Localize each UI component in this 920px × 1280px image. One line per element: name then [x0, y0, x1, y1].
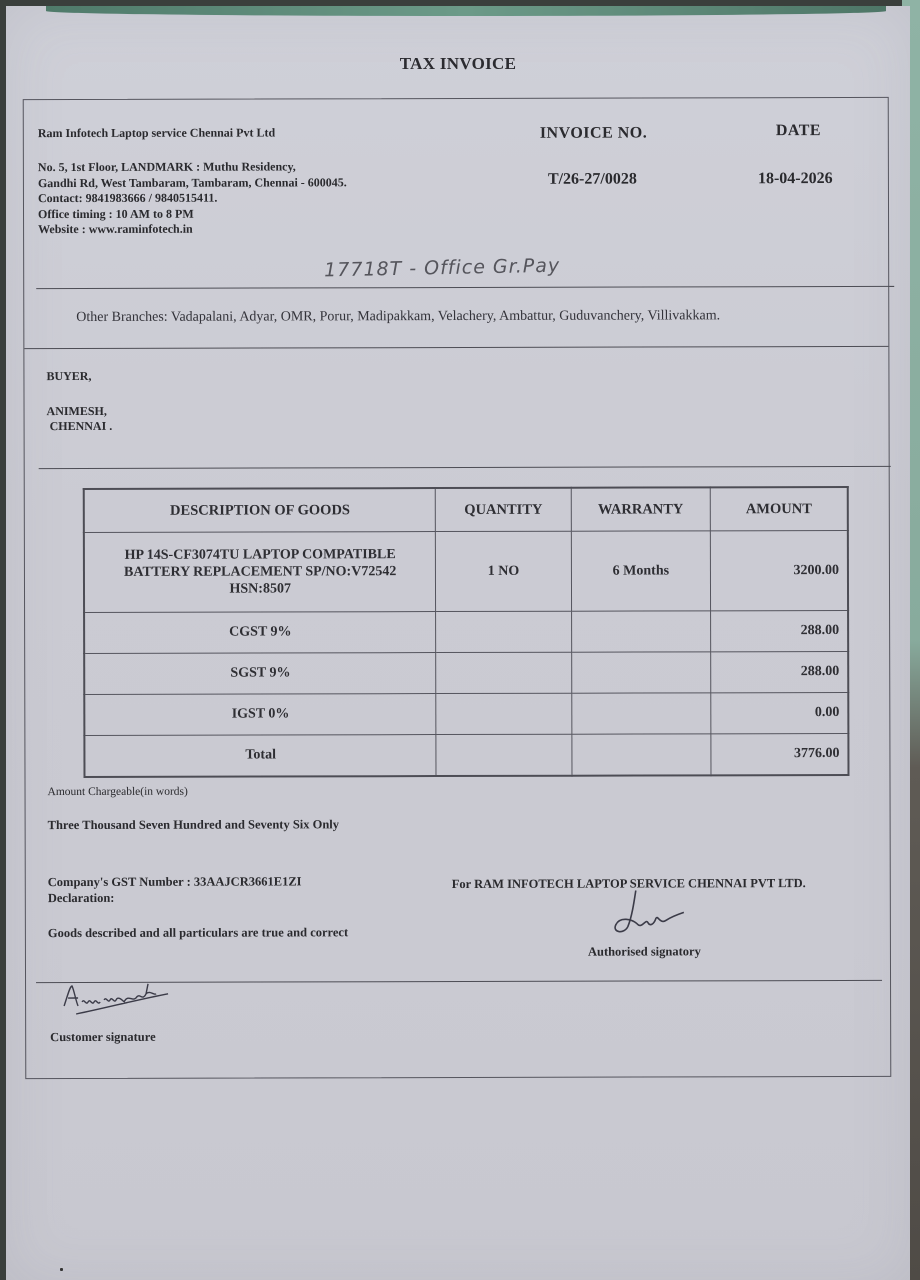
amount-in-words: Three Thousand Seven Hundred and Seventy…: [48, 817, 339, 833]
document-title: TAX INVOICE: [6, 54, 910, 74]
item-amount: 3200.00: [710, 530, 848, 610]
empty-cell: [436, 652, 571, 693]
authorised-signatory-label: Authorised signatory: [588, 944, 701, 959]
invoice-date-label: DATE: [776, 122, 821, 140]
seller-address: No. 5, 1st Floor, LANDMARK : Muthu Resid…: [38, 159, 347, 237]
table-header-row: DESCRIPTION OF GOODS QUANTITY WARRANTY A…: [84, 487, 848, 532]
empty-cell: [572, 734, 711, 776]
divider: [39, 466, 891, 469]
handwritten-note: 17718T - Office Gr.Pay: [324, 255, 560, 282]
table-row-cgst: CGST 9% 288.00: [84, 610, 848, 653]
buyer-name: ANIMESH,: [47, 404, 113, 419]
buyer-details: ANIMESH, CHENNAI .: [47, 404, 113, 434]
invoice-paper: TAX INVOICE Ram Infotech Laptop service …: [6, 6, 910, 1280]
table-row-sgst: SGST 9% 288.00: [84, 651, 848, 694]
invoice-number: T/26-27/0028: [548, 171, 637, 189]
empty-cell: [436, 734, 571, 776]
tax-amount: 288.00: [711, 651, 848, 692]
table-row-igst: IGST 0% 0.00: [84, 692, 848, 735]
divider: [36, 286, 894, 289]
invoice-frame: Ram Infotech Laptop service Chennai Pvt …: [23, 97, 892, 1079]
buyer-city: CHENNAI .: [47, 419, 113, 434]
customer-signature-label: Customer signature: [50, 1030, 155, 1045]
declaration-text: Goods described and all particulars are …: [48, 925, 348, 941]
declaration-label: Declaration:: [48, 889, 302, 906]
item-description: HP 14S-CF3074TU LAPTOP COMPATIBLE BATTER…: [84, 532, 436, 613]
gst-number: Company's GST Number : 33AAJCR3661E1ZI: [48, 873, 302, 890]
empty-cell: [436, 611, 571, 652]
total-amount: 3776.00: [711, 733, 848, 775]
empty-cell: [436, 693, 571, 734]
background-edge: [46, 6, 886, 16]
tax-amount: 0.00: [711, 692, 848, 733]
tax-label: IGST 0%: [84, 694, 436, 736]
column-header-warranty: WARRANTY: [571, 487, 711, 531]
item-description-line: BATTERY REPLACEMENT SP/NO:V72542: [86, 563, 434, 581]
invoice-number-label: INVOICE NO.: [540, 125, 647, 143]
column-header-quantity: QUANTITY: [436, 488, 571, 532]
column-header-description: DESCRIPTION OF GOODS: [84, 488, 436, 532]
empty-cell: [571, 611, 710, 652]
table-row-item: HP 14S-CF3074TU LAPTOP COMPATIBLE BATTER…: [84, 530, 848, 612]
total-label: Total: [84, 735, 436, 777]
tax-amount: 288.00: [711, 610, 848, 651]
item-description-line: HSN:8507: [86, 580, 434, 598]
tax-label: CGST 9%: [84, 612, 436, 654]
authorised-signature-mark: [606, 888, 686, 943]
column-header-amount: AMOUNT: [710, 487, 848, 531]
item-warranty: 6 Months: [571, 531, 711, 611]
tax-label: SGST 9%: [84, 653, 436, 695]
empty-cell: [571, 652, 710, 693]
paper-speck: [60, 1268, 63, 1271]
amount-words-label: Amount Chargeable(in words): [48, 786, 188, 798]
table-row-total: Total 3776.00: [84, 733, 848, 777]
gst-block: Company's GST Number : 33AAJCR3661E1ZI D…: [48, 873, 302, 906]
customer-signature-mark: [56, 980, 176, 1025]
other-branches: Other Branches: Vadapalani, Adyar, OMR, …: [76, 308, 720, 326]
invoice-date: 18-04-2026: [758, 170, 833, 188]
divider: [24, 346, 888, 349]
item-quantity: 1 NO: [436, 531, 571, 611]
empty-cell: [571, 693, 710, 734]
item-description-line: HP 14S-CF3074TU LAPTOP COMPATIBLE: [86, 546, 434, 564]
buyer-label: BUYER,: [46, 369, 91, 384]
seller-name: Ram Infotech Laptop service Chennai Pvt …: [38, 125, 275, 141]
goods-table: DESCRIPTION OF GOODS QUANTITY WARRANTY A…: [83, 486, 850, 778]
